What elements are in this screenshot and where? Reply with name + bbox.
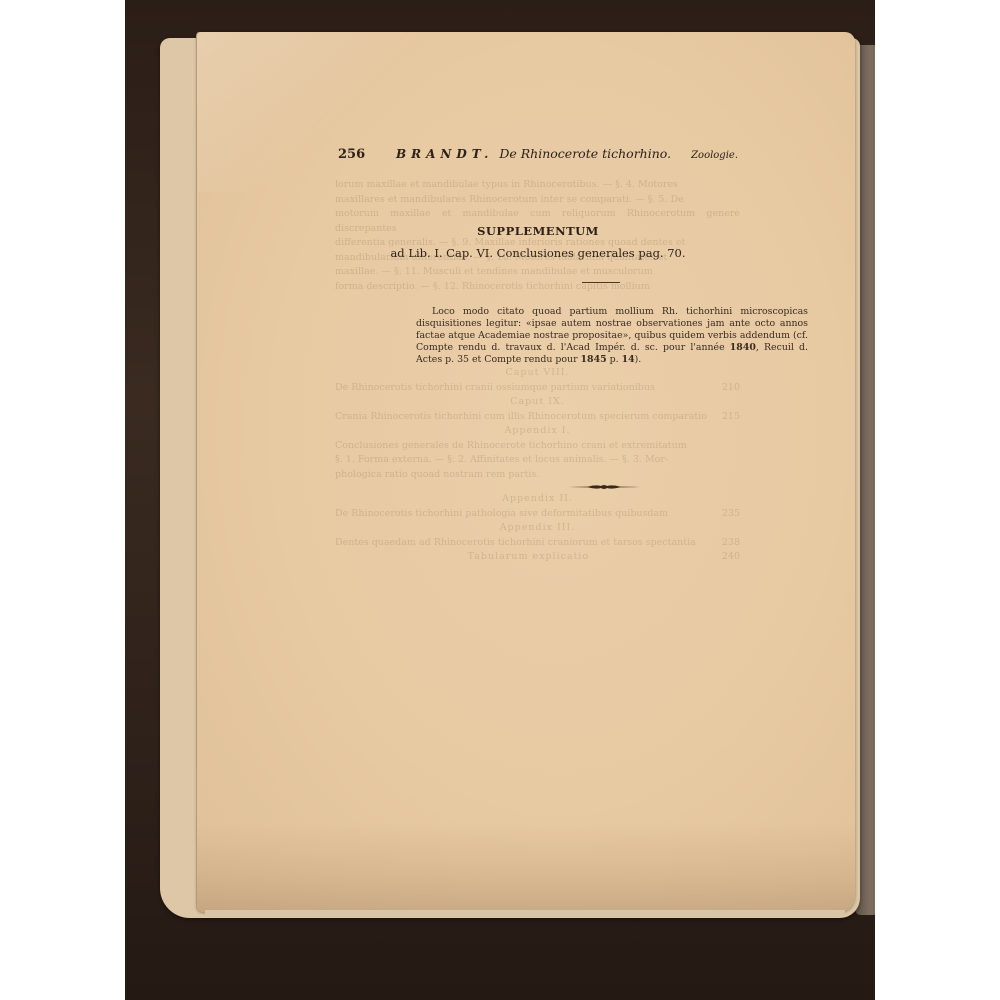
bleed-toc-row: Dentes quaedam ad Rhinocerotis tichorhin… <box>335 536 740 551</box>
bleed-appendix-ii: Appendix II. <box>335 492 740 507</box>
supplement-paragraph: Loco modo citato quoad partium mollium R… <box>416 306 808 366</box>
bleed-line: phologica ratio quoad nostram rem partis… <box>335 468 740 483</box>
bleed-line: Conclusiones generales de Rhinocerote ti… <box>335 439 740 454</box>
bleed-toc-row: Tabularum explicatio 240 <box>335 550 740 565</box>
bleed-caput-viii: Caput VIII. <box>335 366 740 381</box>
corner-fold-shade <box>197 32 417 192</box>
page-number: 256 <box>338 147 396 162</box>
bleed-line: maxillares et mandibulares Rhinocerotum … <box>335 193 740 208</box>
bleed-toc-row: Crania Rhinocerotis tichorhini cum illis… <box>335 410 740 425</box>
bleed-toc-row: De Rhinocerotis tichorhini cranii ossium… <box>335 381 740 396</box>
bleed-line: §. 1. Forma externa. — §. 2. Affinitates… <box>335 453 740 468</box>
supplement-subheading: ad Lib. I. Cap. VI. Conclusiones general… <box>338 246 738 260</box>
author-name: BRANDT. <box>396 147 493 161</box>
running-head: 256 BRANDT. De Rhinocerote tichorhino. Z… <box>338 146 738 162</box>
bleed-line: forma descriptio. — §. 12. Rhinocerotis … <box>335 280 740 295</box>
bleed-caput-ix: Caput IX. <box>335 395 740 410</box>
supplement-heading: SUPPLEMENTUM <box>338 224 738 238</box>
bleed-appendix-i: Appendix I. <box>335 424 740 439</box>
section-label: Zoologie. <box>691 150 738 161</box>
end-ornament-icon <box>568 484 640 490</box>
bleed-appendix-iii: Appendix III. <box>335 521 740 536</box>
bleed-toc-row: De Rhinocerotis tichorhini pathologia si… <box>335 507 740 522</box>
page-bottom-edges <box>205 910 845 918</box>
divider-rule <box>582 282 620 283</box>
work-title: De Rhinocerote tichorhino. <box>499 146 691 161</box>
bleed-line: maxillae. — §. 11. Musculi et tendines m… <box>335 265 740 280</box>
bleed-line: lorum maxillae et mandibulae typus in Rh… <box>335 178 740 193</box>
